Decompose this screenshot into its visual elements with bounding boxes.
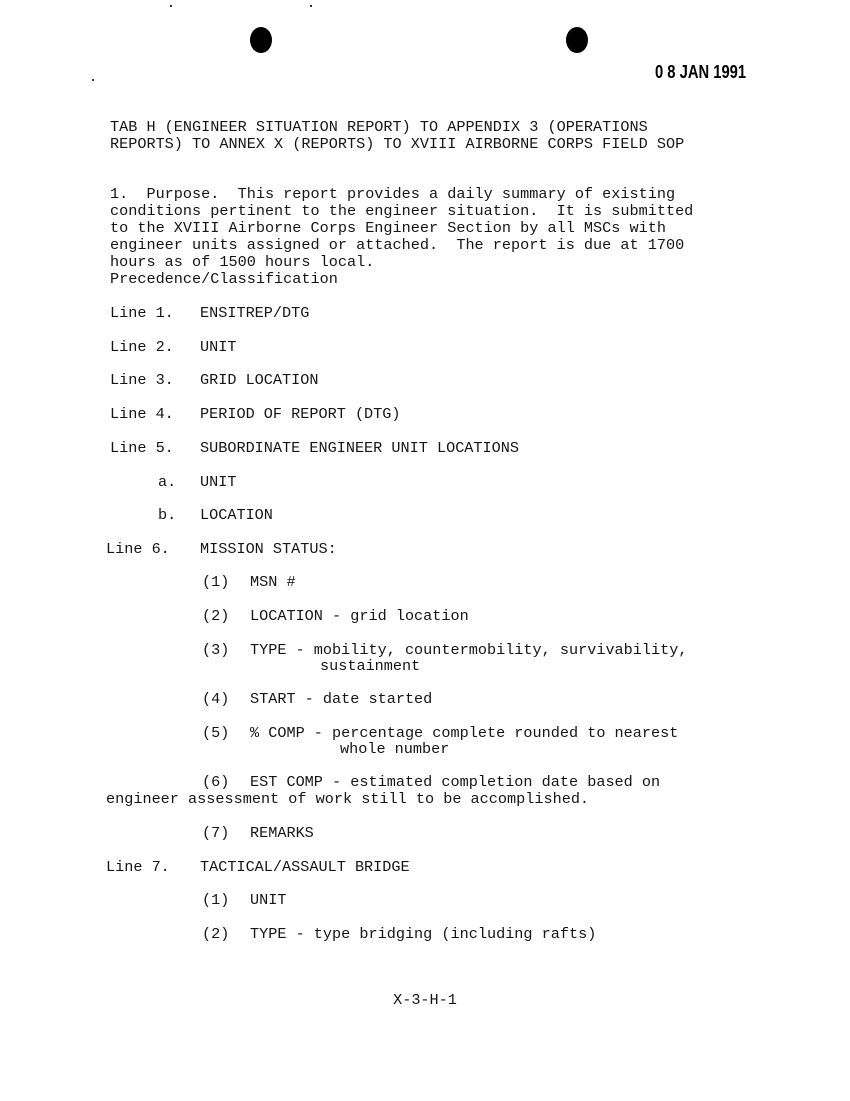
scan-speck xyxy=(92,79,94,81)
bridge-item-2-text: TYPE - type bridging (including rafts) xyxy=(250,926,596,943)
mission-item-4-text: START - date started xyxy=(250,691,432,708)
report-line-2-text: UNIT xyxy=(200,339,236,356)
purpose-line: 1. Purpose. This report provides a daily… xyxy=(110,186,693,203)
punch-hole-right-icon xyxy=(566,27,588,53)
mission-item-5-continuation: whole number xyxy=(340,741,449,758)
report-line-4-label: Line 4. xyxy=(110,406,174,423)
report-line-7-text: TACTICAL/ASSAULT BRIDGE xyxy=(200,859,410,876)
report-line-1-label: Line 1. xyxy=(110,305,174,322)
report-line-2-label: Line 2. xyxy=(110,339,174,356)
purpose-paragraph: 1. Purpose. This report provides a daily… xyxy=(110,186,693,271)
title-line-2: REPORTS) TO ANNEX X (REPORTS) TO XVIII A… xyxy=(110,136,684,153)
mission-item-5-text: % COMP - percentage complete rounded to … xyxy=(250,725,678,742)
punch-hole-left-icon xyxy=(250,27,272,53)
mission-item-4-num: (4) xyxy=(202,691,229,708)
mission-item-1-num: (1) xyxy=(202,574,229,591)
mission-item-3-text: TYPE - mobility, countermobility, surviv… xyxy=(250,642,687,659)
date-stamp: 0 8 JAN 1991 xyxy=(655,62,746,83)
precedence-heading: Precedence/Classification xyxy=(110,271,338,288)
line5-sub-b-label: b. xyxy=(158,507,176,524)
report-line-1-text: ENSITREP/DTG xyxy=(200,305,309,322)
mission-item-2-text: LOCATION - grid location xyxy=(250,608,469,625)
report-line-4-text: PERIOD OF REPORT (DTG) xyxy=(200,406,401,423)
line5-sub-b-text: LOCATION xyxy=(200,507,273,524)
bridge-item-1-num: (1) xyxy=(202,892,229,909)
mission-item-5-num: (5) xyxy=(202,725,229,742)
purpose-line: to the XVIII Airborne Corps Engineer Sec… xyxy=(110,220,693,237)
scan-speck xyxy=(170,5,172,7)
title-line-1: TAB H (ENGINEER SITUATION REPORT) TO APP… xyxy=(110,119,684,136)
purpose-line: conditions pertinent to the engineer sit… xyxy=(110,203,693,220)
report-line-6-label: Line 6. xyxy=(106,541,170,558)
mission-item-3-continuation: sustainment xyxy=(320,658,420,675)
purpose-line: engineer units assigned or attached. The… xyxy=(110,237,693,254)
report-line-3-label: Line 3. xyxy=(110,372,174,389)
page-number: X-3-H-1 xyxy=(0,992,850,1009)
document-title: TAB H (ENGINEER SITUATION REPORT) TO APP… xyxy=(110,119,684,153)
document-page: 0 8 JAN 1991 TAB H (ENGINEER SITUATION R… xyxy=(0,0,850,1101)
bridge-item-2-num: (2) xyxy=(202,926,229,943)
line5-sub-a-text: UNIT xyxy=(200,474,236,491)
mission-item-6-num: (6) xyxy=(202,774,229,791)
report-line-7-label: Line 7. xyxy=(106,859,170,876)
mission-item-3-num: (3) xyxy=(202,642,229,659)
line5-sub-a-label: a. xyxy=(158,474,176,491)
mission-item-7-text: REMARKS xyxy=(250,825,314,842)
mission-item-6-continuation: engineer assessment of work still to be … xyxy=(106,791,589,808)
mission-item-1-text: MSN # xyxy=(250,574,296,591)
report-line-5-text: SUBORDINATE ENGINEER UNIT LOCATIONS xyxy=(200,440,519,457)
report-line-6-text: MISSION STATUS: xyxy=(200,541,337,558)
purpose-line: hours as of 1500 hours local. xyxy=(110,254,693,271)
mission-item-7-num: (7) xyxy=(202,825,229,842)
mission-item-2-num: (2) xyxy=(202,608,229,625)
report-line-5-label: Line 5. xyxy=(110,440,174,457)
mission-item-6-text: EST COMP - estimated completion date bas… xyxy=(250,774,660,791)
bridge-item-1-text: UNIT xyxy=(250,892,286,909)
scan-speck xyxy=(310,5,312,7)
report-line-3-text: GRID LOCATION xyxy=(200,372,318,389)
